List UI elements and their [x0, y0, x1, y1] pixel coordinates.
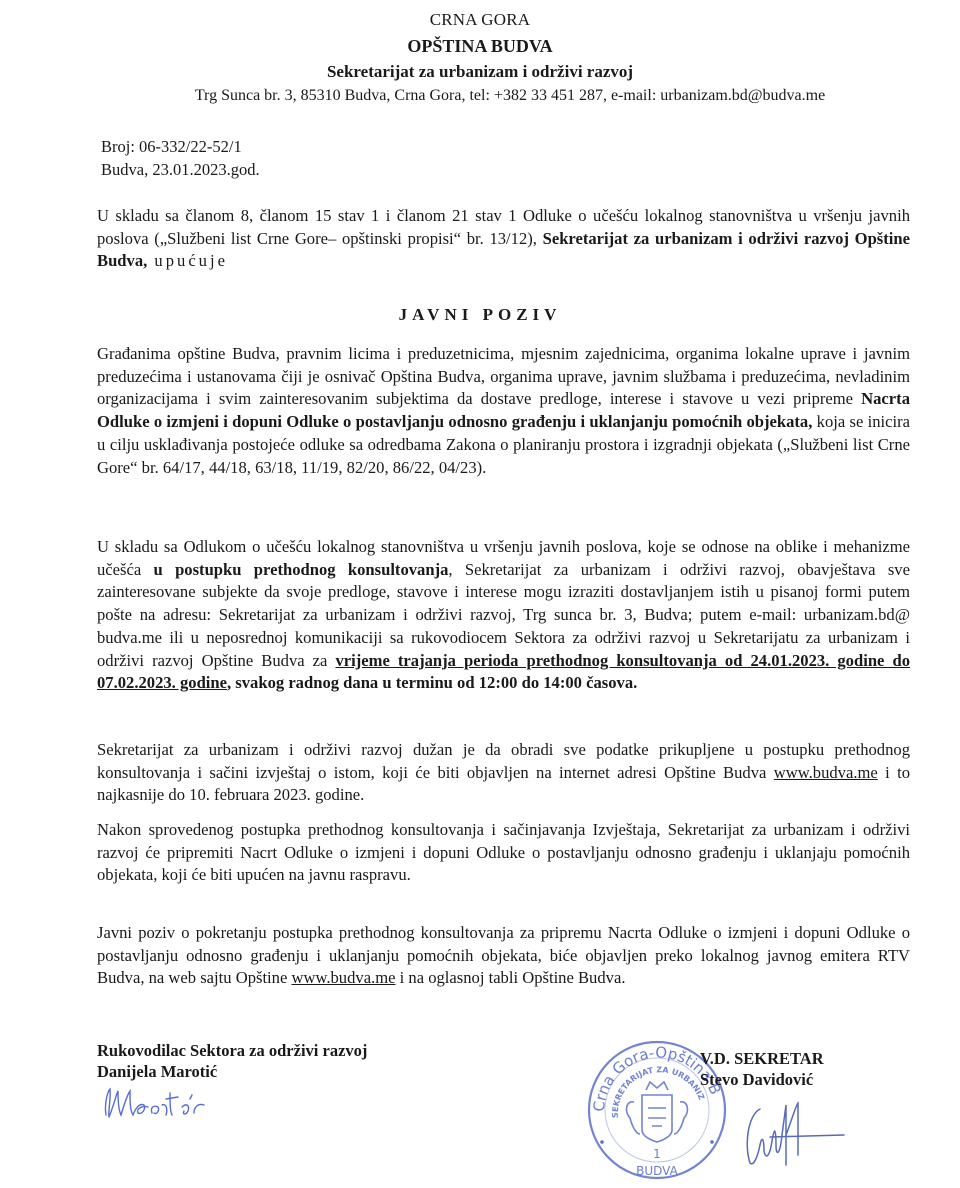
signatory-left-name: Danijela Marotić — [97, 1061, 367, 1082]
intro-paragraph: U skladu sa članom 8, članom 15 stav 1 i… — [97, 205, 910, 273]
header-municipality: OPŠTINA BUDVA — [0, 36, 960, 57]
document-page: CRNA GORA OPŠTINA BUDVA Sekretarijat za … — [0, 0, 960, 1188]
paragraph-invitation: Građanima opštine Budva, pravnim licima … — [97, 343, 910, 479]
intro-spaced: upućuje — [147, 251, 228, 270]
signatory-right-name: Stevo Davidović — [700, 1069, 824, 1090]
signatory-right-role: V.D. SEKRETAR — [700, 1048, 824, 1069]
p5-text-2: i na oglasnoj tabli Opštine Budva. — [395, 968, 625, 987]
header-department: Sekretarijat za urbanizam i održivi razv… — [0, 62, 960, 82]
handwritten-signature-left-icon — [100, 1085, 210, 1121]
p2-bold-1: u postupku prethodnog konsultovanja — [154, 560, 449, 579]
header-address: Trg Sunca br. 3, 85310 Budva, Crna Gora,… — [30, 87, 960, 105]
paragraph-report: Sekretarijat za urbanizam i održivi razv… — [97, 739, 910, 807]
signatory-left-role: Rukovodilac Sektora za održivi razvoj — [97, 1040, 367, 1061]
document-number: Broj: 06-332/22-52/1 — [101, 137, 242, 157]
header-country: CRNA GORA — [0, 10, 960, 30]
signatory-left: Rukovodilac Sektora za održivi razvoj Da… — [97, 1040, 367, 1082]
p4-text: Nakon sprovedenog postupka prethodnog ko… — [97, 820, 910, 884]
signatory-right: V.D. SEKRETAR Stevo Davidović — [700, 1048, 824, 1090]
budva-website-link[interactable]: www.budva.me — [774, 763, 878, 782]
p2-bold-2: , svakog radnog dana u terminu od 12:00 … — [227, 673, 637, 692]
budva-website-link-2[interactable]: www.budva.me — [291, 968, 395, 987]
svg-text:1: 1 — [653, 1147, 661, 1161]
p1-text-1: Građanima opštine Budva, pravnim licima … — [97, 344, 910, 408]
paragraph-consultation: U skladu sa Odlukom o učešću lokalnog st… — [97, 536, 910, 695]
paragraph-draft: Nakon sprovedenog postupka prethodnog ko… — [97, 819, 910, 887]
paragraph-publication: Javni poziv o pokretanju postupka pretho… — [97, 922, 910, 990]
handwritten-signature-right-icon — [740, 1095, 850, 1170]
svg-text:BUDVA: BUDVA — [636, 1164, 678, 1178]
document-date: Budva, 23.01.2023.god. — [101, 160, 260, 180]
document-title: JAVNI POZIV — [0, 305, 960, 325]
